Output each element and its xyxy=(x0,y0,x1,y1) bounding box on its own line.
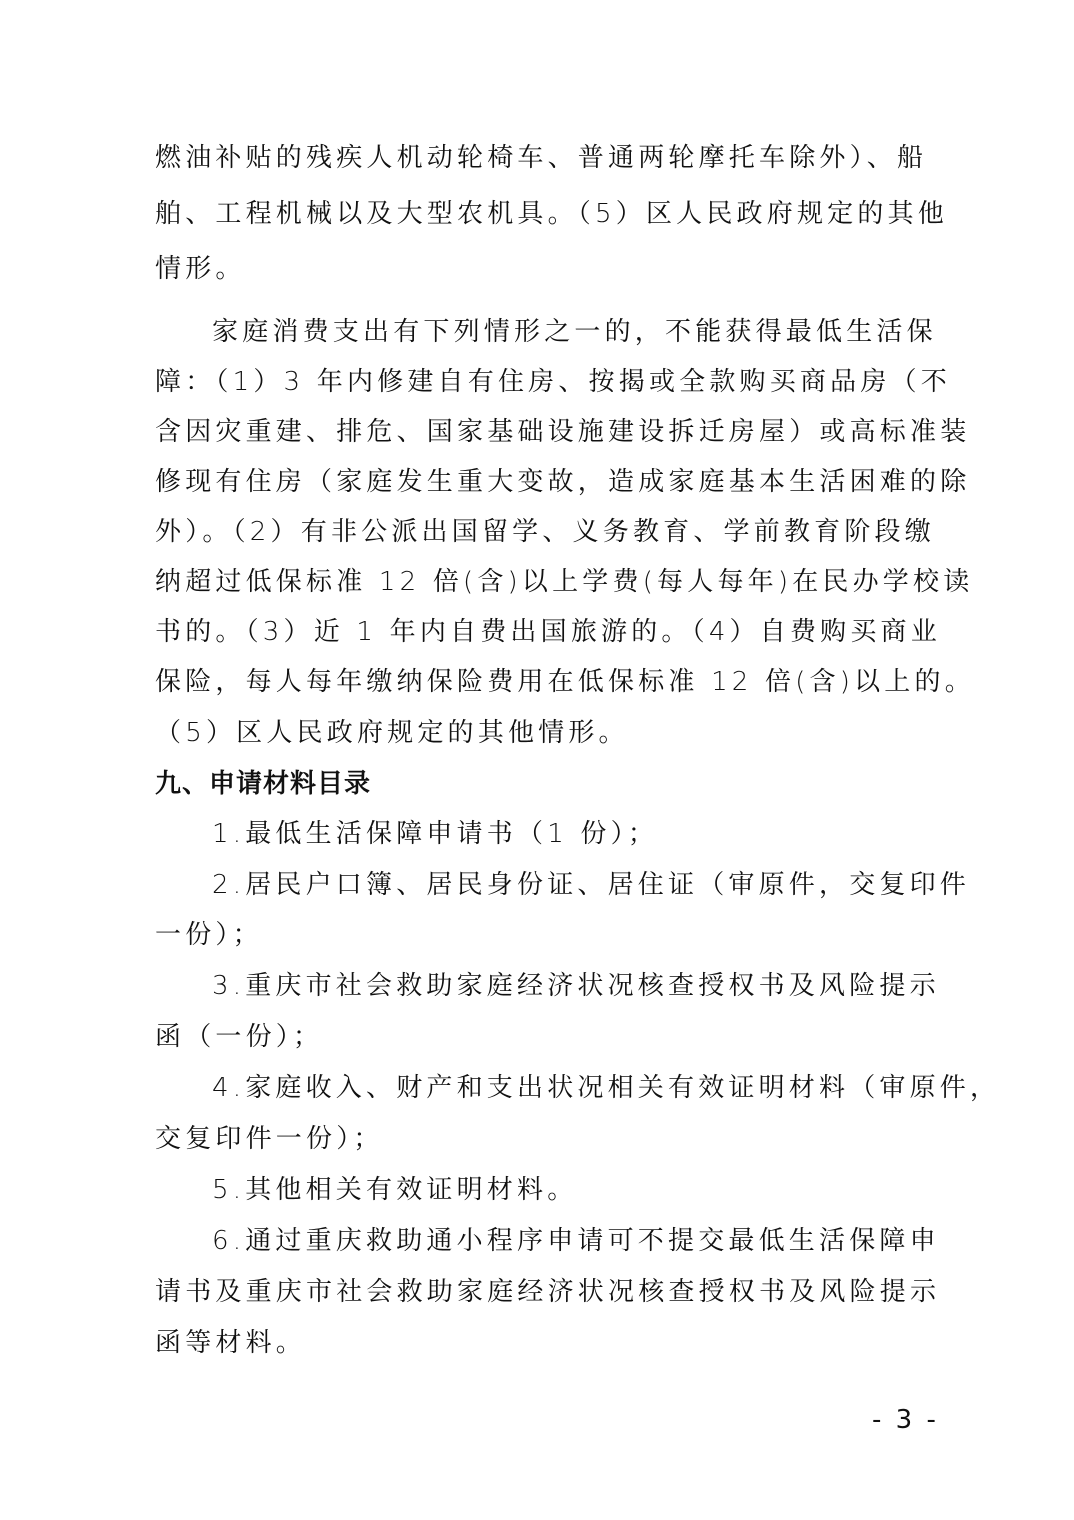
material-item-3-line-2: 函（一份）； xyxy=(155,1020,925,1054)
paragraph-1-line-2: 舶、工程机械以及大型农机具。（5）区人民政府规定的其他 xyxy=(155,197,925,231)
paragraph-2-line-6: 纳超过低保标准 12 倍(含)以上学费(每人每年)在民办学校读 xyxy=(155,565,925,599)
material-item-6-line-2: 请书及重庆市社会救助家庭经济状况核查授权书及风险提示 xyxy=(155,1275,925,1309)
material-item-6-line-1: 6.通过重庆救助通小程序申请可不提交最低生活保障申 xyxy=(212,1224,924,1258)
paragraph-2-line-4: 修现有住房（家庭发生重大变故，造成家庭基本生活困难的除 xyxy=(155,465,925,499)
paragraph-2-line-5: 外）。（2）有非公派出国留学、义务教育、学前教育阶段缴 xyxy=(155,515,925,549)
material-item-4-line-1: 4.家庭收入、财产和支出状况相关有效证明材料（审原件， xyxy=(212,1071,924,1105)
material-item-1: 1.最低生活保障申请书（1 份）； xyxy=(212,817,924,851)
page-number: - 3 - xyxy=(872,1405,939,1435)
paragraph-2-line-1: 家庭消费支出有下列情形之一的，不能获得最低生活保 xyxy=(212,315,924,349)
material-item-3-line-1: 3.重庆市社会救助家庭经济状况核查授权书及风险提示 xyxy=(212,969,924,1003)
material-item-2-line-1: 2.居民户口簿、居民身份证、居住证（审原件，交复印件 xyxy=(212,868,924,902)
paragraph-1-line-1: 燃油补贴的残疾人机动轮椅车、普通两轮摩托车除外）、船 xyxy=(155,141,925,175)
material-item-2-line-2: 一份）； xyxy=(155,918,925,952)
paragraph-2-line-9: （5）区人民政府规定的其他情形。 xyxy=(155,716,925,750)
document-page: 燃油补贴的残疾人机动轮椅车、普通两轮摩托车除外）、船 舶、工程机械以及大型农机具… xyxy=(0,0,1074,1520)
paragraph-2-line-3: 含因灾重建、排危、国家基础设施建设拆迁房屋）或高标准装 xyxy=(155,415,925,449)
material-item-5: 5.其他相关有效证明材料。 xyxy=(212,1173,924,1207)
paragraph-2-line-8: 保险，每人每年缴纳保险费用在低保标准 12 倍(含)以上的。 xyxy=(155,665,925,699)
paragraph-2-line-2: 障：（1）3 年内修建自有住房、按揭或全款购买商品房（不 xyxy=(155,365,925,399)
material-item-6-line-3: 函等材料。 xyxy=(155,1326,925,1360)
paragraph-1-line-3: 情形。 xyxy=(155,252,925,286)
material-item-4-line-2: 交复印件一份）； xyxy=(155,1122,925,1156)
section-heading: 九、申请材料目录 xyxy=(155,767,371,801)
paragraph-2-line-7: 书的。（3）近 1 年内自费出国旅游的。（4）自费购买商业 xyxy=(155,615,925,649)
